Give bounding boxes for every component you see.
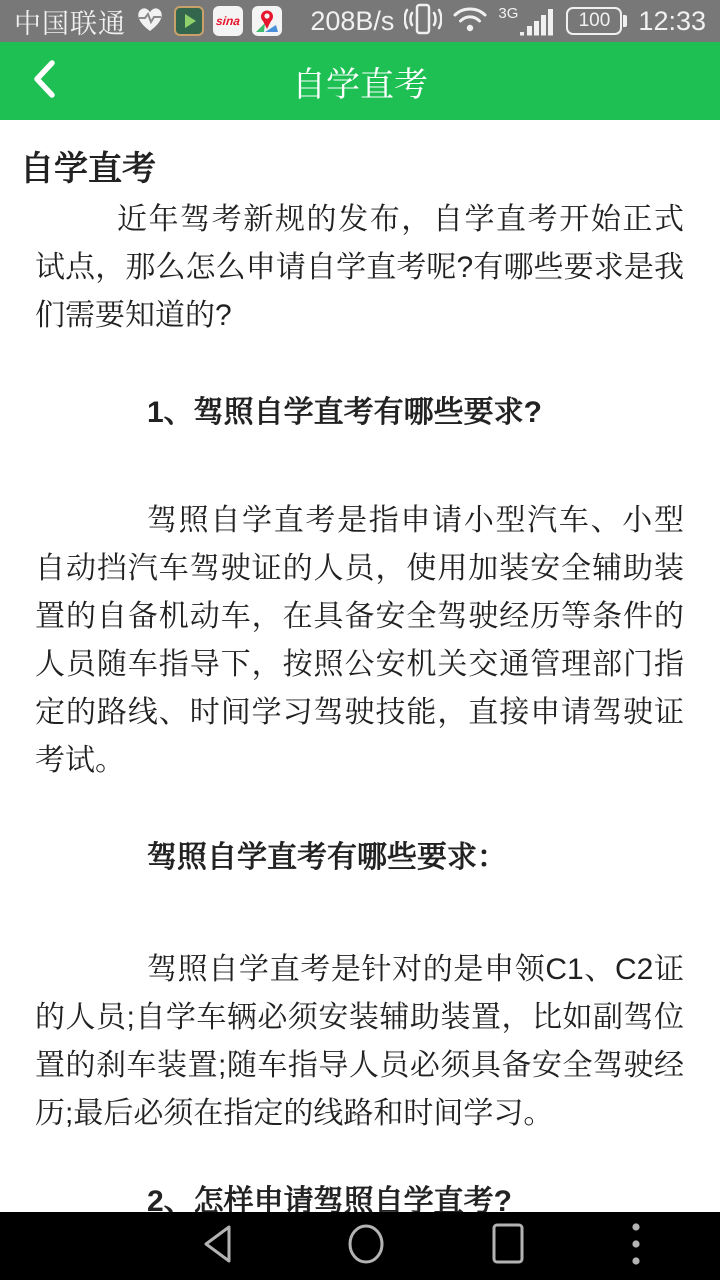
- page-title: 自学直考: [292, 57, 428, 106]
- baidu-map-icon: [252, 6, 282, 36]
- back-triangle-icon: [198, 1222, 238, 1271]
- article-paragraph: 近年驾考新规的发布，自学直考开始正式试点，那么怎么申请自学直考呢?有哪些要求是我…: [35, 196, 684, 340]
- article-content: 自学直考 近年驾考新规的发布，自学直考开始正式试点，那么怎么申请自学直考呢?有哪…: [0, 120, 720, 1212]
- section-heading: 1、驾照自学直考有哪些要求?: [147, 389, 684, 437]
- nav-home-button[interactable]: [344, 1224, 388, 1268]
- article-paragraph: 驾照自学直考是针对的是申领C1、C2证的人员;自学车辆必须安装辅助装置，比如副驾…: [35, 946, 684, 1138]
- battery-level-label: 100: [579, 10, 611, 32]
- signal-strength-icon: 3G: [498, 6, 556, 36]
- carrier-label: 中国联通: [14, 2, 126, 41]
- menu-dots-icon: [630, 1222, 642, 1271]
- home-circle-icon: [344, 1222, 388, 1271]
- status-bar: 中国联通 sina 208B/s: [0, 0, 720, 42]
- section-heading: 2、怎样申请驾照自学直考?: [147, 1178, 684, 1212]
- chevron-left-icon: [30, 58, 60, 105]
- article-paragraph: 驾照自学直考是指申请小型汽车、小型自动挡汽车驾驶证的人员，使用加装安全辅助装置的…: [35, 497, 684, 785]
- article-title: 自学直考: [20, 148, 700, 190]
- vibrate-icon: [404, 3, 442, 40]
- section-subheading: 驾照自学直考有哪些要求：: [147, 834, 684, 882]
- network-speed-label: 208B/s: [310, 6, 394, 37]
- heart-pulse-icon: [135, 5, 165, 38]
- wifi-icon: [452, 5, 488, 38]
- app-header: 自学直考: [0, 42, 720, 120]
- nav-back-button[interactable]: [196, 1224, 240, 1268]
- signal-type-label: 3G: [498, 6, 518, 21]
- back-button[interactable]: [24, 60, 66, 102]
- nav-menu-button[interactable]: [614, 1224, 658, 1268]
- sina-weibo-icon: sina: [213, 6, 243, 36]
- status-bar-left: 中国联通 sina: [14, 2, 282, 41]
- sina-label: sina: [215, 14, 240, 28]
- status-bar-right: 208B/s 3G: [310, 3, 706, 40]
- classroom-play-icon: [174, 6, 204, 36]
- nav-recents-button[interactable]: [486, 1224, 530, 1268]
- android-nav-bar: [0, 1212, 720, 1280]
- clock-label: 12:33: [638, 6, 706, 37]
- battery-icon: 100: [566, 7, 622, 35]
- recents-square-icon: [486, 1222, 530, 1271]
